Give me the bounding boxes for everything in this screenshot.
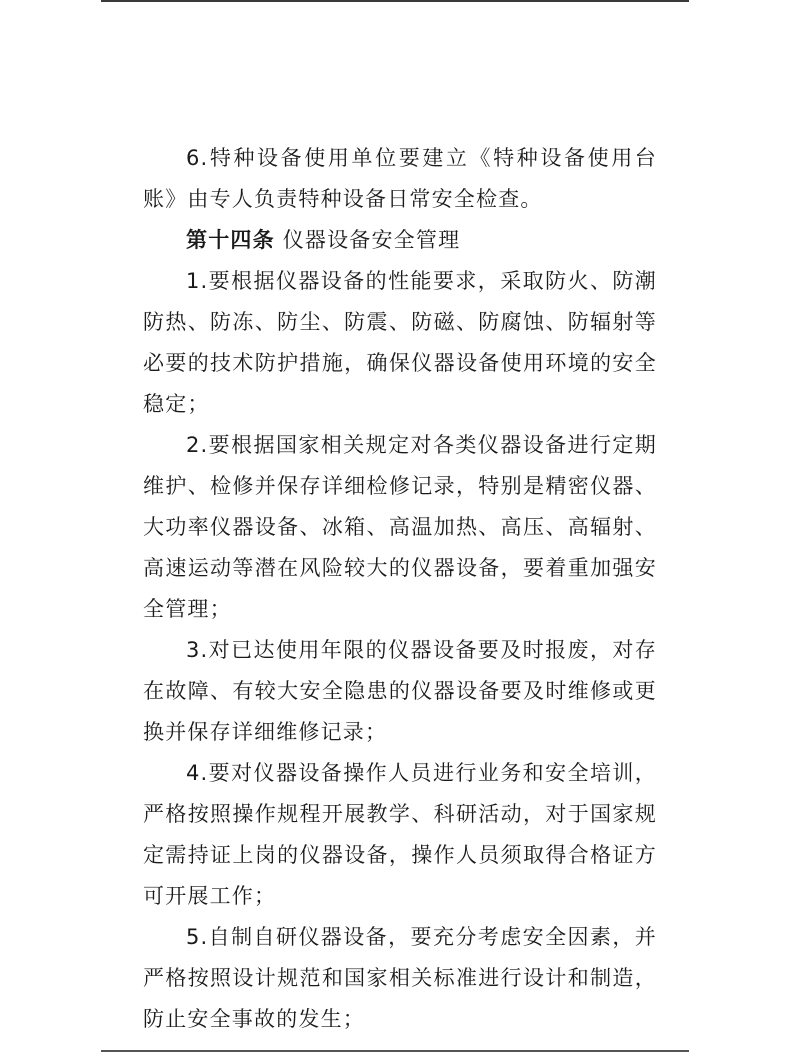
article-title: 仪器设备安全管理 [275, 228, 460, 252]
paragraph-item-6: 6.特种设备使用单位要建立《特种设备使用台账》由专人负责特种设备日常安全检查。 [143, 138, 657, 220]
paragraph-item-1: 1.要根据仪器设备的性能要求，采取防火、防潮防热、防冻、防尘、防震、防磁、防腐蚀… [143, 261, 657, 425]
bottom-rule [101, 1050, 689, 1052]
top-rule [101, 0, 689, 2]
article-number: 第十四条 [186, 228, 275, 252]
paragraph-item-5: 5.自制自研仪器设备，要充分考虑安全因素，并严格按照设计规范和国家相关标准进行设… [143, 917, 657, 1040]
document-body: 6.特种设备使用单位要建立《特种设备使用台账》由专人负责特种设备日常安全检查。 … [143, 138, 657, 1040]
paragraph-item-2: 2.要根据国家相关规定对各类仪器设备进行定期维护、检修并保存详细检修记录，特别是… [143, 425, 657, 630]
paragraph-item-3: 3.对已达使用年限的仪器设备要及时报废，对存在故障、有较大安全隐患的仪器设备要及… [143, 630, 657, 753]
paragraph-item-4: 4.要对仪器设备操作人员进行业务和安全培训，严格按照操作规程开展教学、科研活动，… [143, 753, 657, 917]
article-heading: 第十四条 仪器设备安全管理 [143, 220, 657, 261]
